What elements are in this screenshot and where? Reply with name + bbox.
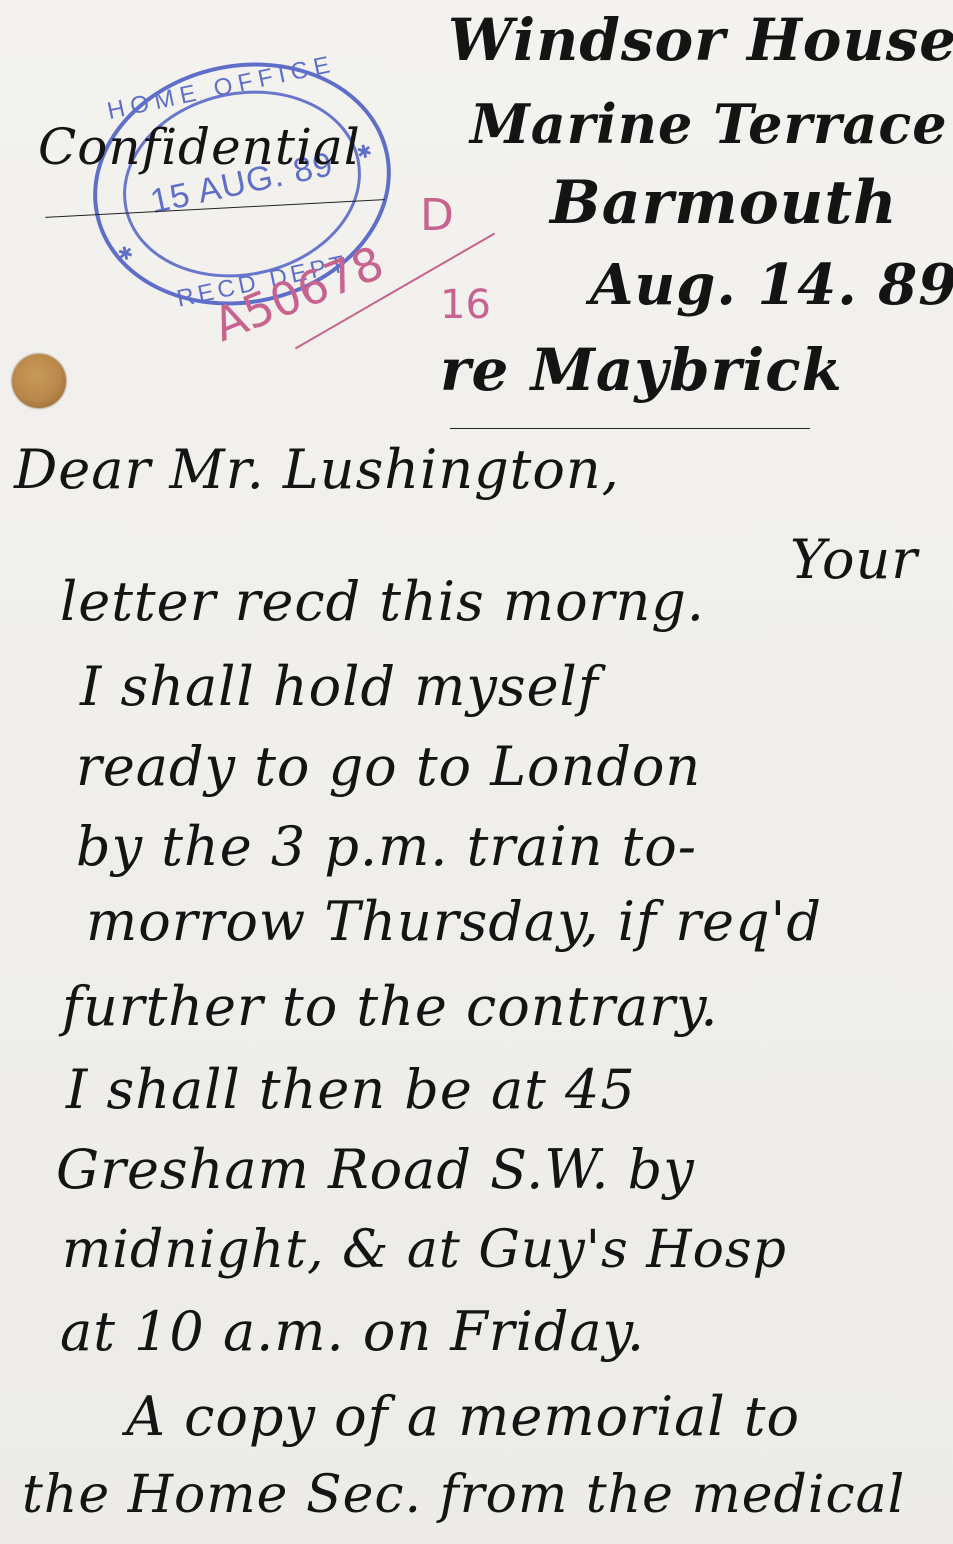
- confidential-marking: Confidential: [38, 118, 361, 176]
- subject-line: re Maybrick: [440, 336, 843, 404]
- body-line: at 10 a.m. on Friday.: [60, 1300, 645, 1363]
- body-line: I shall hold myself: [80, 655, 599, 718]
- salutation: Dear Mr. Lushington,: [14, 438, 620, 501]
- star-icon: ✱: [116, 242, 135, 266]
- body-line: Your: [790, 528, 918, 591]
- body-line: A copy of a memorial to: [126, 1385, 800, 1448]
- body-line: letter recd this morng.: [60, 570, 705, 633]
- letter-page: HOME OFFICE 15 AUG. 89 RECD DEPT ✱ ✱ Con…: [0, 0, 953, 1544]
- punch-hole: [12, 354, 66, 408]
- body-line: Gresham Road S.W. by: [56, 1138, 695, 1201]
- address-line-1: Windsor House: [448, 6, 953, 74]
- address-line-2: Marine Terrace: [470, 92, 948, 156]
- letter-date: Aug. 14. 89: [590, 252, 953, 318]
- body-line: the Home Sec. from the medical: [22, 1465, 905, 1525]
- address-line-3: Barmouth: [550, 168, 898, 238]
- subject-underline: [450, 428, 810, 429]
- registry-sub: 16: [440, 282, 491, 328]
- body-line: by the 3 p.m. train to-: [76, 815, 697, 878]
- registry-suffix: D: [420, 190, 454, 241]
- body-line: further to the contrary.: [62, 975, 719, 1038]
- body-line: midnight, & at Guy's Hosp: [62, 1220, 787, 1280]
- body-line: ready to go to London: [76, 735, 701, 798]
- body-line: I shall then be at 45: [66, 1058, 636, 1121]
- body-line: morrow Thursday, if req'd: [86, 890, 822, 953]
